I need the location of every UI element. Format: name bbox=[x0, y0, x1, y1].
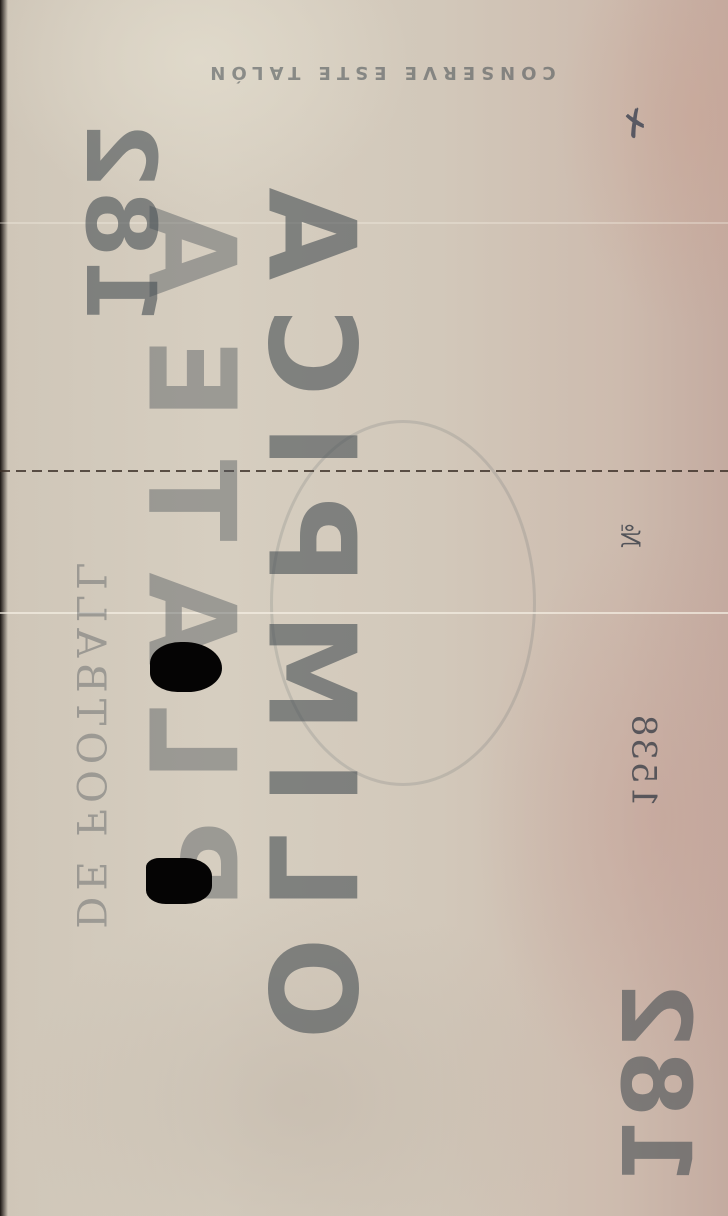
ticket-number-bottom: 182 bbox=[599, 986, 711, 1186]
header-text: CONSERVE ESTE TALÓN bbox=[150, 62, 610, 83]
venue-text: OLIMPICA bbox=[241, 180, 380, 1040]
ticket-image: CONSERVE ESTE TALÓN OLIMPICA PLATEA 182 … bbox=[0, 0, 728, 1216]
section-text: PLATEA bbox=[121, 270, 260, 910]
serial-label: № bbox=[614, 522, 644, 549]
punch-hole bbox=[150, 642, 222, 692]
pen-mark-icon: ✗ bbox=[614, 100, 659, 149]
ticket-number-top: 182 bbox=[64, 126, 176, 326]
serial-number: 1538 bbox=[623, 713, 663, 808]
event-text: DE FOOTBALL bbox=[67, 483, 113, 1003]
paper-edge-shadow bbox=[0, 0, 8, 1216]
punch-hole bbox=[146, 858, 212, 904]
